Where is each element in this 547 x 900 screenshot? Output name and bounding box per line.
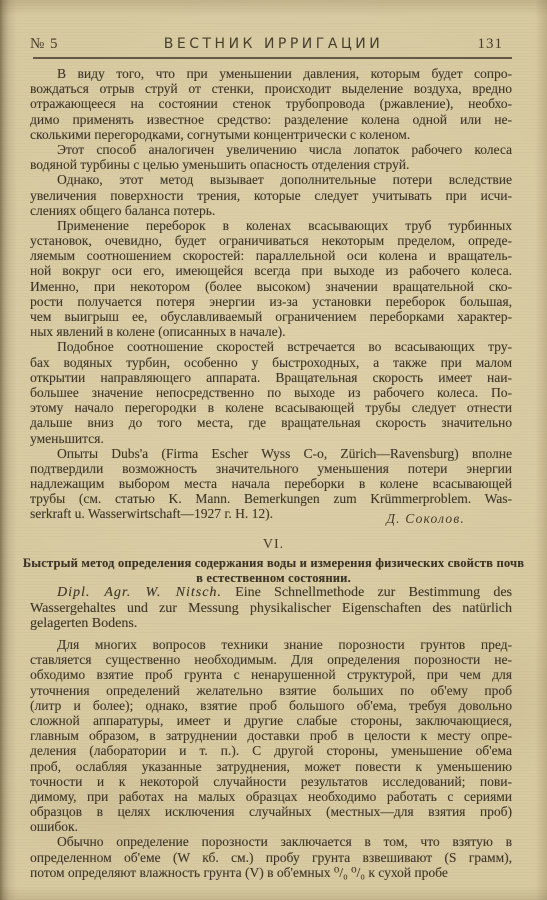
text-line: Обычно определение порозности заключаетс…: [30, 834, 512, 849]
author-signature: Д. Соколов.: [386, 511, 465, 527]
text-line: димо применять известное средство: разде…: [30, 112, 512, 127]
text-line: потом определяют влажность грунта (V) в …: [30, 865, 512, 880]
text-line: ных явлений в колене (описанных в начале…: [30, 324, 512, 339]
section-title-line: Быстрый метод определения содержания вод…: [20, 556, 527, 571]
text-line: (литр и более); однако, взятие проб боль…: [30, 698, 512, 713]
text-line: Однако, этот метод вызывает дополнительн…: [30, 172, 512, 187]
header-rule: [33, 57, 512, 59]
text-line: надлежащим выбором места начала переборк…: [30, 476, 512, 491]
article-soil-body: Для многих вопросов техники знание пороз…: [30, 637, 512, 880]
text-line: В виду того, что при уменьшении давления…: [30, 66, 512, 81]
text-line: образцов в целях исключения случайных (м…: [30, 804, 512, 819]
text-line: Этот способ аналогичен увеличению числа …: [30, 142, 512, 157]
text-line: ставляется существенно необходимым. Для …: [30, 652, 512, 667]
german-title-line: Wassergehaltes und zur Messung physikali…: [30, 601, 512, 617]
german-title-line: Dipl. Agr. W. Nitsch. Eine Schnellmethod…: [30, 585, 512, 601]
text-line: уменьшится.: [30, 431, 512, 446]
german-title-line: gelagerten Bodens.: [30, 616, 512, 632]
journal-title: ВЕСТНИК ИРРИГАЦИИ: [0, 36, 547, 52]
text-line: Для многих вопросов техники знание пороз…: [30, 637, 512, 652]
text-line: уточнения определений желательно взятие …: [30, 683, 512, 698]
text-line: Опыты Dubs'a (Firma Escher Wyss C-o, Zür…: [30, 446, 512, 461]
text-line: отражающееся на состоянии стенок трубопр…: [30, 96, 512, 111]
text-line: Применение переборок в коленах всасывающ…: [30, 218, 512, 233]
text-line: сложной аппаратуры, имеет и другие слабы…: [30, 713, 512, 728]
text-line: Именно, при некотором (более высоком) зн…: [30, 279, 512, 294]
article-title-german: Dipl. Agr. W. Nitsch. Eine Schnellmethod…: [30, 585, 512, 632]
page-number: 131: [478, 36, 504, 53]
text-line: подтвердили возможность значительного ум…: [30, 461, 512, 476]
text-line: определенном об'еме (W кб. см.) пробу гр…: [30, 850, 512, 865]
text-line: рости получается потеря энергии из-за ус…: [30, 294, 512, 309]
section-title: Быстрый метод определения содержания вод…: [20, 556, 527, 586]
section-number: VI.: [0, 537, 547, 553]
text-line: Подобное соотношение скоростей встречает…: [30, 339, 512, 354]
text-line: обходимо взятие проб грунта с ненарушенн…: [30, 667, 512, 682]
text-line: чем выигрыш ее, обуславливаемый ограниче…: [30, 309, 512, 324]
text-line: главным образом, в затруднении доставки …: [30, 728, 512, 743]
text-line: ной вокруг оси его, имеющейся всегда при…: [30, 263, 512, 278]
text-line: ошибок.: [30, 819, 512, 834]
text-line: водяной турбины с целью уменьшить опасно…: [30, 157, 512, 172]
text-line: установок, очевидно, будет ограничиватьс…: [30, 233, 512, 248]
text-line: точности и к некоторой случайности резул…: [30, 774, 512, 789]
text-line: димому, при работах на малых образцах не…: [30, 789, 512, 804]
text-line: трубы (см. статью K. Mann. Bemerkungen z…: [30, 491, 512, 506]
text-line: проб, ослабляя указанные затруднения, мо…: [30, 759, 512, 774]
scanned-journal-page: { "header": { "issue": "№ 5", "journal":…: [0, 0, 547, 900]
text-line: слениях общего баланса потерь.: [30, 203, 512, 218]
text-line: большее значение непосредственно по выхо…: [30, 385, 512, 400]
article-turbine-body: В виду того, что при уменьшении давления…: [30, 66, 512, 522]
text-line: деления (лаборатории и т. п.). С другой …: [30, 743, 512, 758]
text-line: ляемым соотношением скоростей: параллель…: [30, 248, 512, 263]
text-line: вождаться отрыв струй от стенки, происхо…: [30, 81, 512, 96]
text-line: дальше вниз до того места, где вращатель…: [30, 415, 512, 430]
text-line: увеличения поверхности трения, которые с…: [30, 188, 512, 203]
german-author: Dipl. Agr. W. Nitsch.: [57, 585, 222, 600]
text-line: этому начало перегородки в колене всасыв…: [30, 400, 512, 415]
text-line: бах водяных турбин, особенно у быстроход…: [30, 355, 512, 370]
text-line: сколькими перегородками, согнутыми конце…: [30, 127, 512, 142]
text-line: открытии направляющего аппарата. Вращате…: [30, 370, 512, 385]
